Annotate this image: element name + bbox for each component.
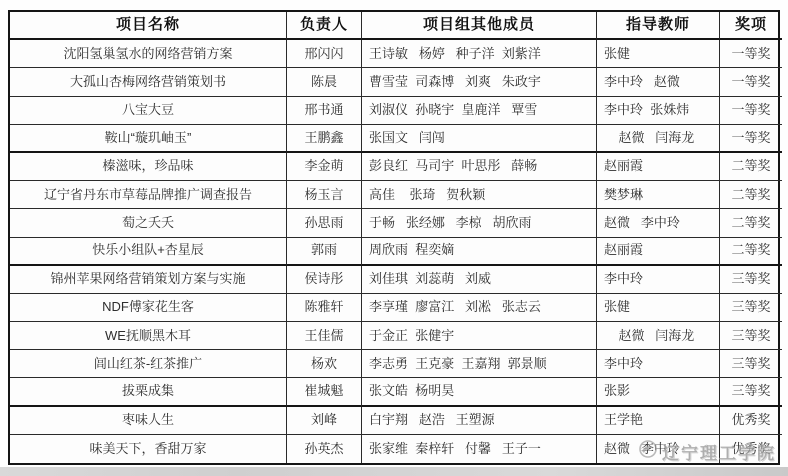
award-cell: 三等奖 (720, 378, 782, 406)
project-name-cell: 闾山红茶-红茶推广 (10, 350, 287, 378)
project-name-cell: 大孤山杏梅网络营销策划书 (10, 68, 287, 96)
teachers-cell: 赵丽霞 (597, 238, 720, 266)
members-cell: 王诗敏 杨婷 种子洋 刘紫洋 (362, 40, 597, 68)
project-name-cell: 味美天下，香甜万家 (10, 435, 287, 463)
project-name-cell: WE抚顺黑木耳 (10, 322, 287, 350)
column-header-award: 奖项 (720, 12, 782, 40)
members-cell: 白宇翔 赵浩 王塑源 (362, 407, 597, 435)
leader-cell: 王鹏鑫 (287, 125, 362, 153)
members-cell: 张国文 闫闯 (362, 125, 597, 153)
leader-cell: 邢闪闪 (287, 40, 362, 68)
project-name-cell: 八宝大豆 (10, 97, 287, 125)
members-cell: 于畅 张经娜 李椋 胡欣雨 (362, 209, 597, 237)
members-cell: 曹雪莹 司森博 刘爽 朱政宇 (362, 68, 597, 96)
members-cell: 周欣雨 程奕嫡 (362, 238, 597, 266)
leader-cell: 郭雨 (287, 238, 362, 266)
award-cell: 三等奖 (720, 294, 782, 322)
column-header-leader: 负责人 (287, 12, 362, 40)
column-header-members: 项目组其他成员 (362, 12, 597, 40)
leader-cell: 李金萌 (287, 153, 362, 181)
teachers-cell: 赵微 闫海龙 (597, 125, 720, 153)
leader-cell: 刘峰 (287, 407, 362, 435)
teachers-cell: 王学艳 (597, 407, 720, 435)
project-name-cell: 枣味人生 (10, 407, 287, 435)
members-cell: 李志勇 王克豪 王嘉翔 郭景顺 (362, 350, 597, 378)
project-name-cell: 快乐小组队+杏星辰 (10, 238, 287, 266)
members-cell: 刘佳琪 刘蕊萌 刘威 (362, 266, 597, 294)
teachers-cell: 张健 (597, 40, 720, 68)
project-name-cell: NDF傅家花生客 (10, 294, 287, 322)
award-cell: 优秀奖 (720, 407, 782, 435)
project-name-cell: 鞍山“璇玑岫玉” (10, 125, 287, 153)
project-name-cell: 榛滋味，珍品味 (10, 153, 287, 181)
leader-cell: 王佳儒 (287, 322, 362, 350)
award-cell: 一等奖 (720, 125, 782, 153)
project-name-cell: 沈阳氢巢氢水的网络营销方案 (10, 40, 287, 68)
members-cell: 李享瑾 廖富江 刘凇 张志云 (362, 294, 597, 322)
teachers-cell: 赵微 闫海龙 (597, 322, 720, 350)
award-cell: 三等奖 (720, 350, 782, 378)
award-cell: 二等奖 (720, 153, 782, 181)
award-cell: 二等奖 (720, 181, 782, 209)
teachers-cell: 赵微 李中玲 (597, 209, 720, 237)
teachers-cell: 张健 (597, 294, 720, 322)
leader-cell: 崔城魁 (287, 378, 362, 406)
project-name-cell: 辽宁省丹东市草莓品牌推广调查报告 (10, 181, 287, 209)
project-award-table: 项目名称 负责人 项目组其他成员 指导教师 奖项 沈阳氢巢氢水的网络营销方案邢闪… (8, 10, 780, 465)
leader-cell: 陈晨 (287, 68, 362, 96)
project-name-cell: 拔栗成集 (10, 378, 287, 406)
teachers-cell: 张影 (597, 378, 720, 406)
award-cell: 一等奖 (720, 97, 782, 125)
teachers-cell: 赵微 李中玲 (597, 435, 720, 463)
leader-cell: 陈雅轩 (287, 294, 362, 322)
leader-cell: 孙思雨 (287, 209, 362, 237)
leader-cell: 邢书通 (287, 97, 362, 125)
teachers-cell: 李中玲 (597, 266, 720, 294)
leader-cell: 杨玉言 (287, 181, 362, 209)
teachers-cell: 樊梦琳 (597, 181, 720, 209)
members-cell: 刘淑仪 孙晓宇 皇鹿洋 覃雪 (362, 97, 597, 125)
award-cell: 三等奖 (720, 322, 782, 350)
teachers-cell: 赵丽霞 (597, 153, 720, 181)
teachers-cell: 李中玲 张姝炜 (597, 97, 720, 125)
award-cell: 三等奖 (720, 266, 782, 294)
leader-cell: 杨欢 (287, 350, 362, 378)
members-cell: 张文皓 杨明昊 (362, 378, 597, 406)
award-cell: 优秀奖 (720, 435, 782, 463)
members-cell: 高佳 张琦 贺秋颖 (362, 181, 597, 209)
award-cell: 二等奖 (720, 238, 782, 266)
column-header-teachers: 指导教师 (597, 12, 720, 40)
column-header-project: 项目名称 (10, 12, 287, 40)
page-background: 项目名称 负责人 项目组其他成员 指导教师 奖项 沈阳氢巢氢水的网络营销方案邢闪… (0, 0, 788, 476)
leader-cell: 侯诗彤 (287, 266, 362, 294)
members-cell: 彭良红 马司宇 叶思彤 薛畅 (362, 153, 597, 181)
leader-cell: 孙英杰 (287, 435, 362, 463)
bottom-edge-strip (0, 467, 788, 476)
award-cell: 一等奖 (720, 68, 782, 96)
award-cell: 二等奖 (720, 209, 782, 237)
award-cell: 一等奖 (720, 40, 782, 68)
teachers-cell: 李中玲 (597, 350, 720, 378)
members-cell: 于金正 张健宇 (362, 322, 597, 350)
project-name-cell: 萄之夭夭 (10, 209, 287, 237)
project-name-cell: 锦州苹果网络营销策划方案与实施 (10, 266, 287, 294)
members-cell: 张家维 秦梓轩 付馨 王子一 (362, 435, 597, 463)
teachers-cell: 李中玲 赵微 (597, 68, 720, 96)
